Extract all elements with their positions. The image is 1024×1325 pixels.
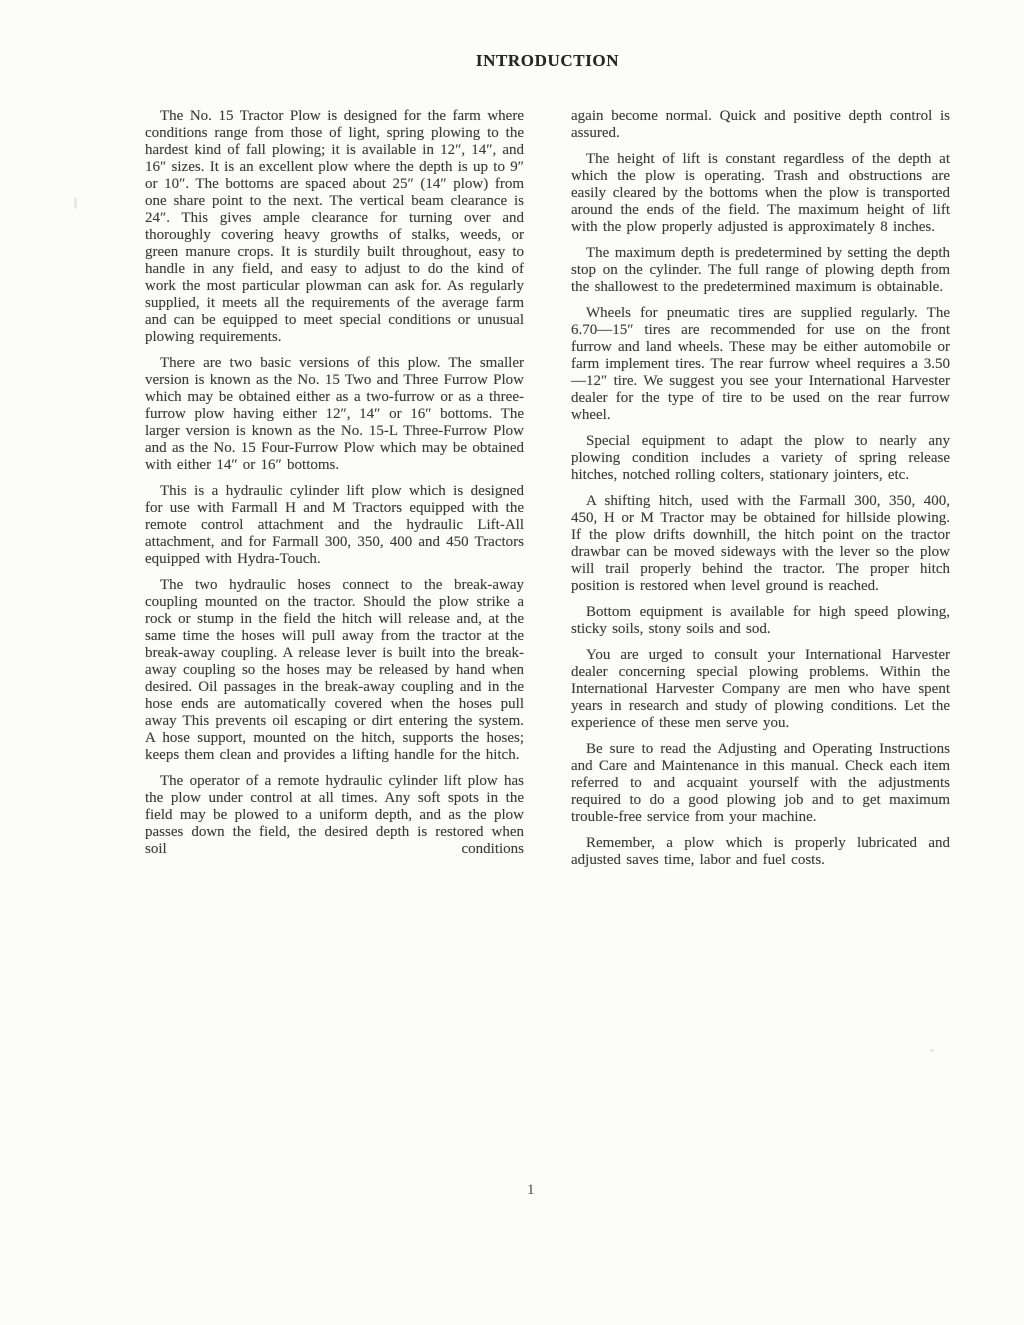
paragraph: The two hydraulic hoses connect to the b… — [145, 577, 524, 764]
paragraph: You are urged to consult your Internatio… — [571, 647, 950, 732]
page-number: 1 — [527, 1182, 535, 1199]
left-column: The No. 15 Tractor Plow is designed for … — [145, 108, 524, 878]
paragraph: This is a hydraulic cylinder lift plow w… — [145, 483, 524, 568]
scan-artifact — [74, 197, 77, 209]
manual-page: INTRODUCTION The No. 15 Tractor Plow is … — [0, 0, 1024, 1325]
paragraph: Remember, a plow which is properly lubri… — [571, 835, 950, 869]
paragraph: Wheels for pneumatic tires are supplied … — [571, 305, 950, 424]
paragraph: There are two basic versions of this plo… — [145, 355, 524, 474]
paragraph: again become normal. Quick and positive … — [571, 108, 950, 142]
paragraph: The height of lift is constant regardles… — [571, 151, 950, 236]
two-column-text-body: The No. 15 Tractor Plow is designed for … — [0, 108, 1024, 878]
paragraph: The maximum depth is predetermined by se… — [571, 245, 950, 296]
paragraph: Special equipment to adapt the plow to n… — [571, 433, 950, 484]
page-title: INTRODUCTION — [0, 0, 1024, 71]
scan-artifact — [930, 1049, 934, 1052]
paragraph: The operator of a remote hydraulic cylin… — [145, 773, 524, 858]
right-column: again become normal. Quick and positive … — [571, 108, 950, 878]
paragraph: Be sure to read the Adjusting and Operat… — [571, 741, 950, 826]
paragraph: A shifting hitch, used with the Farmall … — [571, 493, 950, 595]
paragraph: Bottom equipment is available for high s… — [571, 604, 950, 638]
paragraph: The No. 15 Tractor Plow is designed for … — [145, 108, 524, 346]
